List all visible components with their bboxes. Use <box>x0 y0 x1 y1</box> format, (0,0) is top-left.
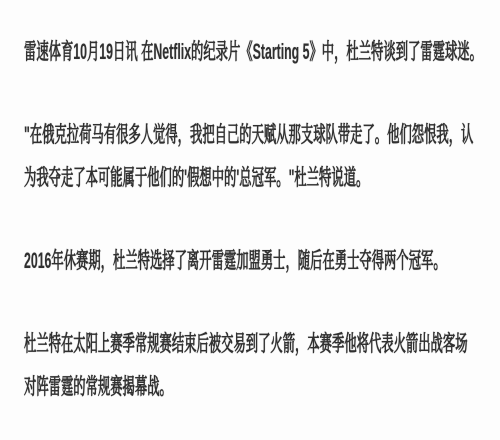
paragraph-durant-quote: "在俄克拉荷马有很多人觉得，我把自己的天赋从那支球队带走了。他们怨恨我，认 为我… <box>24 113 479 199</box>
text-line: 为我夺走了本可能属于他们的'假想中的'总冠军。"杜兰特说道。 <box>24 156 479 199</box>
paragraph-intro: 雷速体育10月19日讯 在Netflix的纪录片《Starting 5》中，杜兰… <box>24 30 479 73</box>
text-line: 雷速体育10月19日讯 在Netflix的纪录片《Starting 5》中，杜兰… <box>24 30 479 73</box>
text-line: 杜兰特在太阳上赛季常规赛结束后被交易到了火箭，本赛季他将代表火箭出战客场 <box>24 322 479 365</box>
text-line: "在俄克拉荷马有很多人觉得，我把自己的天赋从那支球队带走了。他们怨恨我，认 <box>24 113 479 156</box>
text-line: 对阵雷霆的常规赛揭幕战。 <box>24 365 479 408</box>
article-body: 雷速体育10月19日讯 在Netflix的纪录片《Starting 5》中，杜兰… <box>24 30 479 440</box>
text-line: 2016年休赛期，杜兰特选择了离开雷霆加盟勇士，随后在勇士夺得两个冠军。 <box>24 239 479 282</box>
paragraph-trade-news: 杜兰特在太阳上赛季常规赛结束后被交易到了火箭，本赛季他将代表火箭出战客场 对阵雷… <box>24 322 479 408</box>
paragraph-2016-offseason: 2016年休赛期，杜兰特选择了离开雷霆加盟勇士，随后在勇士夺得两个冠军。 <box>24 239 479 282</box>
